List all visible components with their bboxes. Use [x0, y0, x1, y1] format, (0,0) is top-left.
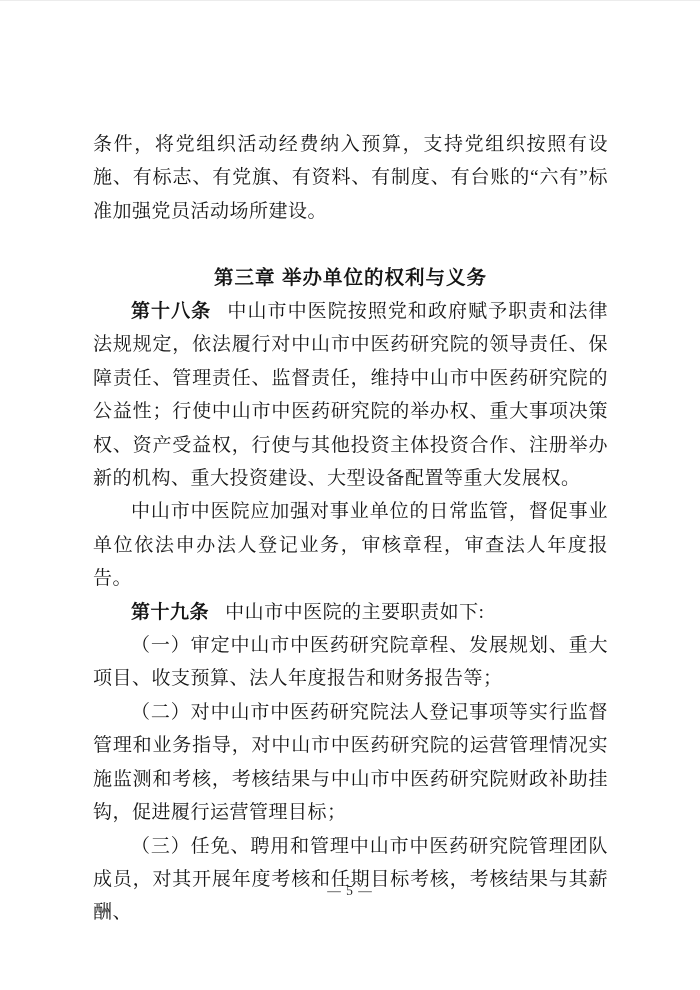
document-page: 条件，将党组织活动经费纳入预算，支持党组织按照有设施、有标志、有党旗、有资料、有… — [0, 0, 700, 990]
duty-item-1: （一）审定中山市中医药研究院章程、发展规划、重大项目、收支预算、法人年度报告和财… — [93, 629, 608, 696]
duty-item-2: （二）对中山市中医药研究院法人登记事项等实行监督管理和业务指导，对中山市中医药研… — [93, 696, 608, 830]
chapter-heading: 第三章 举办单位的权利与义务 — [93, 262, 608, 295]
article-19-text: 中山市中医院的主要职责如下: — [225, 602, 484, 623]
article-19-number: 第十九条 — [131, 602, 209, 623]
article-19: 第十九条中山市中医院的主要职责如下: — [93, 596, 608, 629]
paragraph-continuation: 条件，将党组织活动经费纳入预算，支持党组织按照有设施、有标志、有党旗、有资料、有… — [93, 128, 608, 228]
article-18-number: 第十八条 — [131, 301, 211, 322]
duty-item-3: （三）任免、聘用和管理中山市中医药研究院管理团队成员，对其开展年度考核和任期目标… — [93, 830, 608, 930]
article-18-text: 中山市中医院按照党和政府赋予职责和法律法规规定，依法履行对中山市中医药研究院的领… — [93, 301, 608, 489]
page-number: — 5 — — [0, 883, 700, 899]
article-18: 第十八条中山市中医院按照党和政府赋予职责和法律法规规定，依法履行对中山市中医药研… — [93, 295, 608, 495]
document-body: 条件，将党组织活动经费纳入预算，支持党组织按照有设施、有标志、有党旗、有资料、有… — [93, 128, 608, 930]
paragraph-supervision: 中山市中医院应加强对事业单位的日常监管，督促事业单位依法申办法人登记业务，审核章… — [93, 495, 608, 595]
